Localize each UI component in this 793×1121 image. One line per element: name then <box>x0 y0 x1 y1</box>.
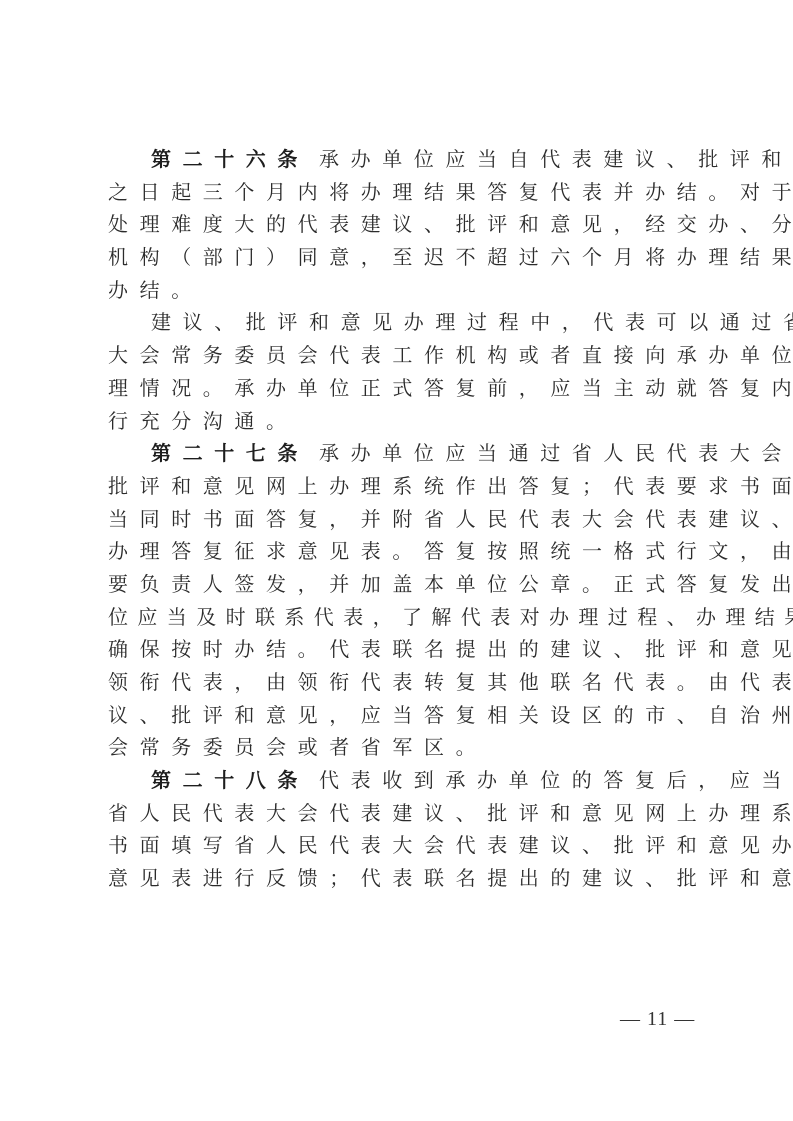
article-26-line-1: 第二十六条承办单位应当自代表建议、批评和意见交办 <box>108 143 684 176</box>
article-26-para-2-line-3: 理情况。承办单位正式答复前，应当主动就答复内容与代表进 <box>108 372 684 405</box>
article-26-para-2-line-4: 行充分沟通。 <box>108 405 684 438</box>
document-page: 第二十六条承办单位应当自代表建议、批评和意见交办 之日起三个月内将办理结果答复代… <box>108 143 684 895</box>
article-27-line-9: 议、批评和意见，应当答复相关设区的市、自治州人民代表大 <box>108 699 684 732</box>
article-27-line-6: 位应当及时联系代表，了解代表对办理过程、办理结果的意见， <box>108 601 684 634</box>
article-26-number: 第二十六条 <box>151 147 309 171</box>
article-27-line-2: 批评和意见网上办理系统作出答复；代表要求书面答复的，应 <box>108 470 684 503</box>
article-26-line-2: 之日起三个月内将办理结果答复代表并办结。对于涉及面广、 <box>108 176 684 209</box>
article-28-line-3: 书面填写省人民代表大会代表建议、批评和意见办理答复征求 <box>108 829 684 862</box>
article-28-number: 第二十八条 <box>151 768 309 792</box>
article-26-para-2-line-1: 建议、批评和意见办理过程中，代表可以通过省人民代表 <box>108 306 684 339</box>
article-27-line-4: 办理答复征求意见表。答复按照统一格式行文，由承办单位主 <box>108 535 684 568</box>
article-26-line-3: 处理难度大的代表建议、批评和意见，经交办、分办统筹协调 <box>108 208 684 241</box>
article-26-line-5: 办结。 <box>108 274 684 307</box>
article-27-line-7: 确保按时办结。代表联名提出的建议、批评和意见，应当答复 <box>108 633 684 666</box>
article-28-line-2: 省人民代表大会代表建议、批评和意见网上办理系统反馈或者 <box>108 797 684 830</box>
article-27-line-1: 第二十七条承办单位应当通过省人民代表大会代表建议、 <box>108 437 684 470</box>
article-27-line-8: 领衔代表，由领衔代表转复其他联名代表。由代表团提出的建 <box>108 666 684 699</box>
article-27-line-5: 要负责人签发，并加盖本单位公章。正式答复发出后，承办单 <box>108 568 684 601</box>
article-27-line-3: 当同时书面答复，并附省人民代表大会代表建议、批评和意见 <box>108 503 684 536</box>
article-26-line-4: 机构（部门）同意，至迟不超过六个月将办理结果答复代表并 <box>108 241 684 274</box>
article-28-line-4: 意见表进行反馈；代表联名提出的建议、批评和意见，由领衔 <box>108 862 684 895</box>
article-26-para-2-line-2: 大会常务委员会代表工作机构或者直接向承办单位了解有关办 <box>108 339 684 372</box>
article-27-line-10: 会常务委员会或者省军区。 <box>108 731 684 764</box>
page-number: — 11 — <box>620 1008 695 1031</box>
article-27-number: 第二十七条 <box>151 441 309 465</box>
article-28-line-1: 第二十八条代表收到承办单位的答复后，应当及时通过 <box>108 764 684 797</box>
